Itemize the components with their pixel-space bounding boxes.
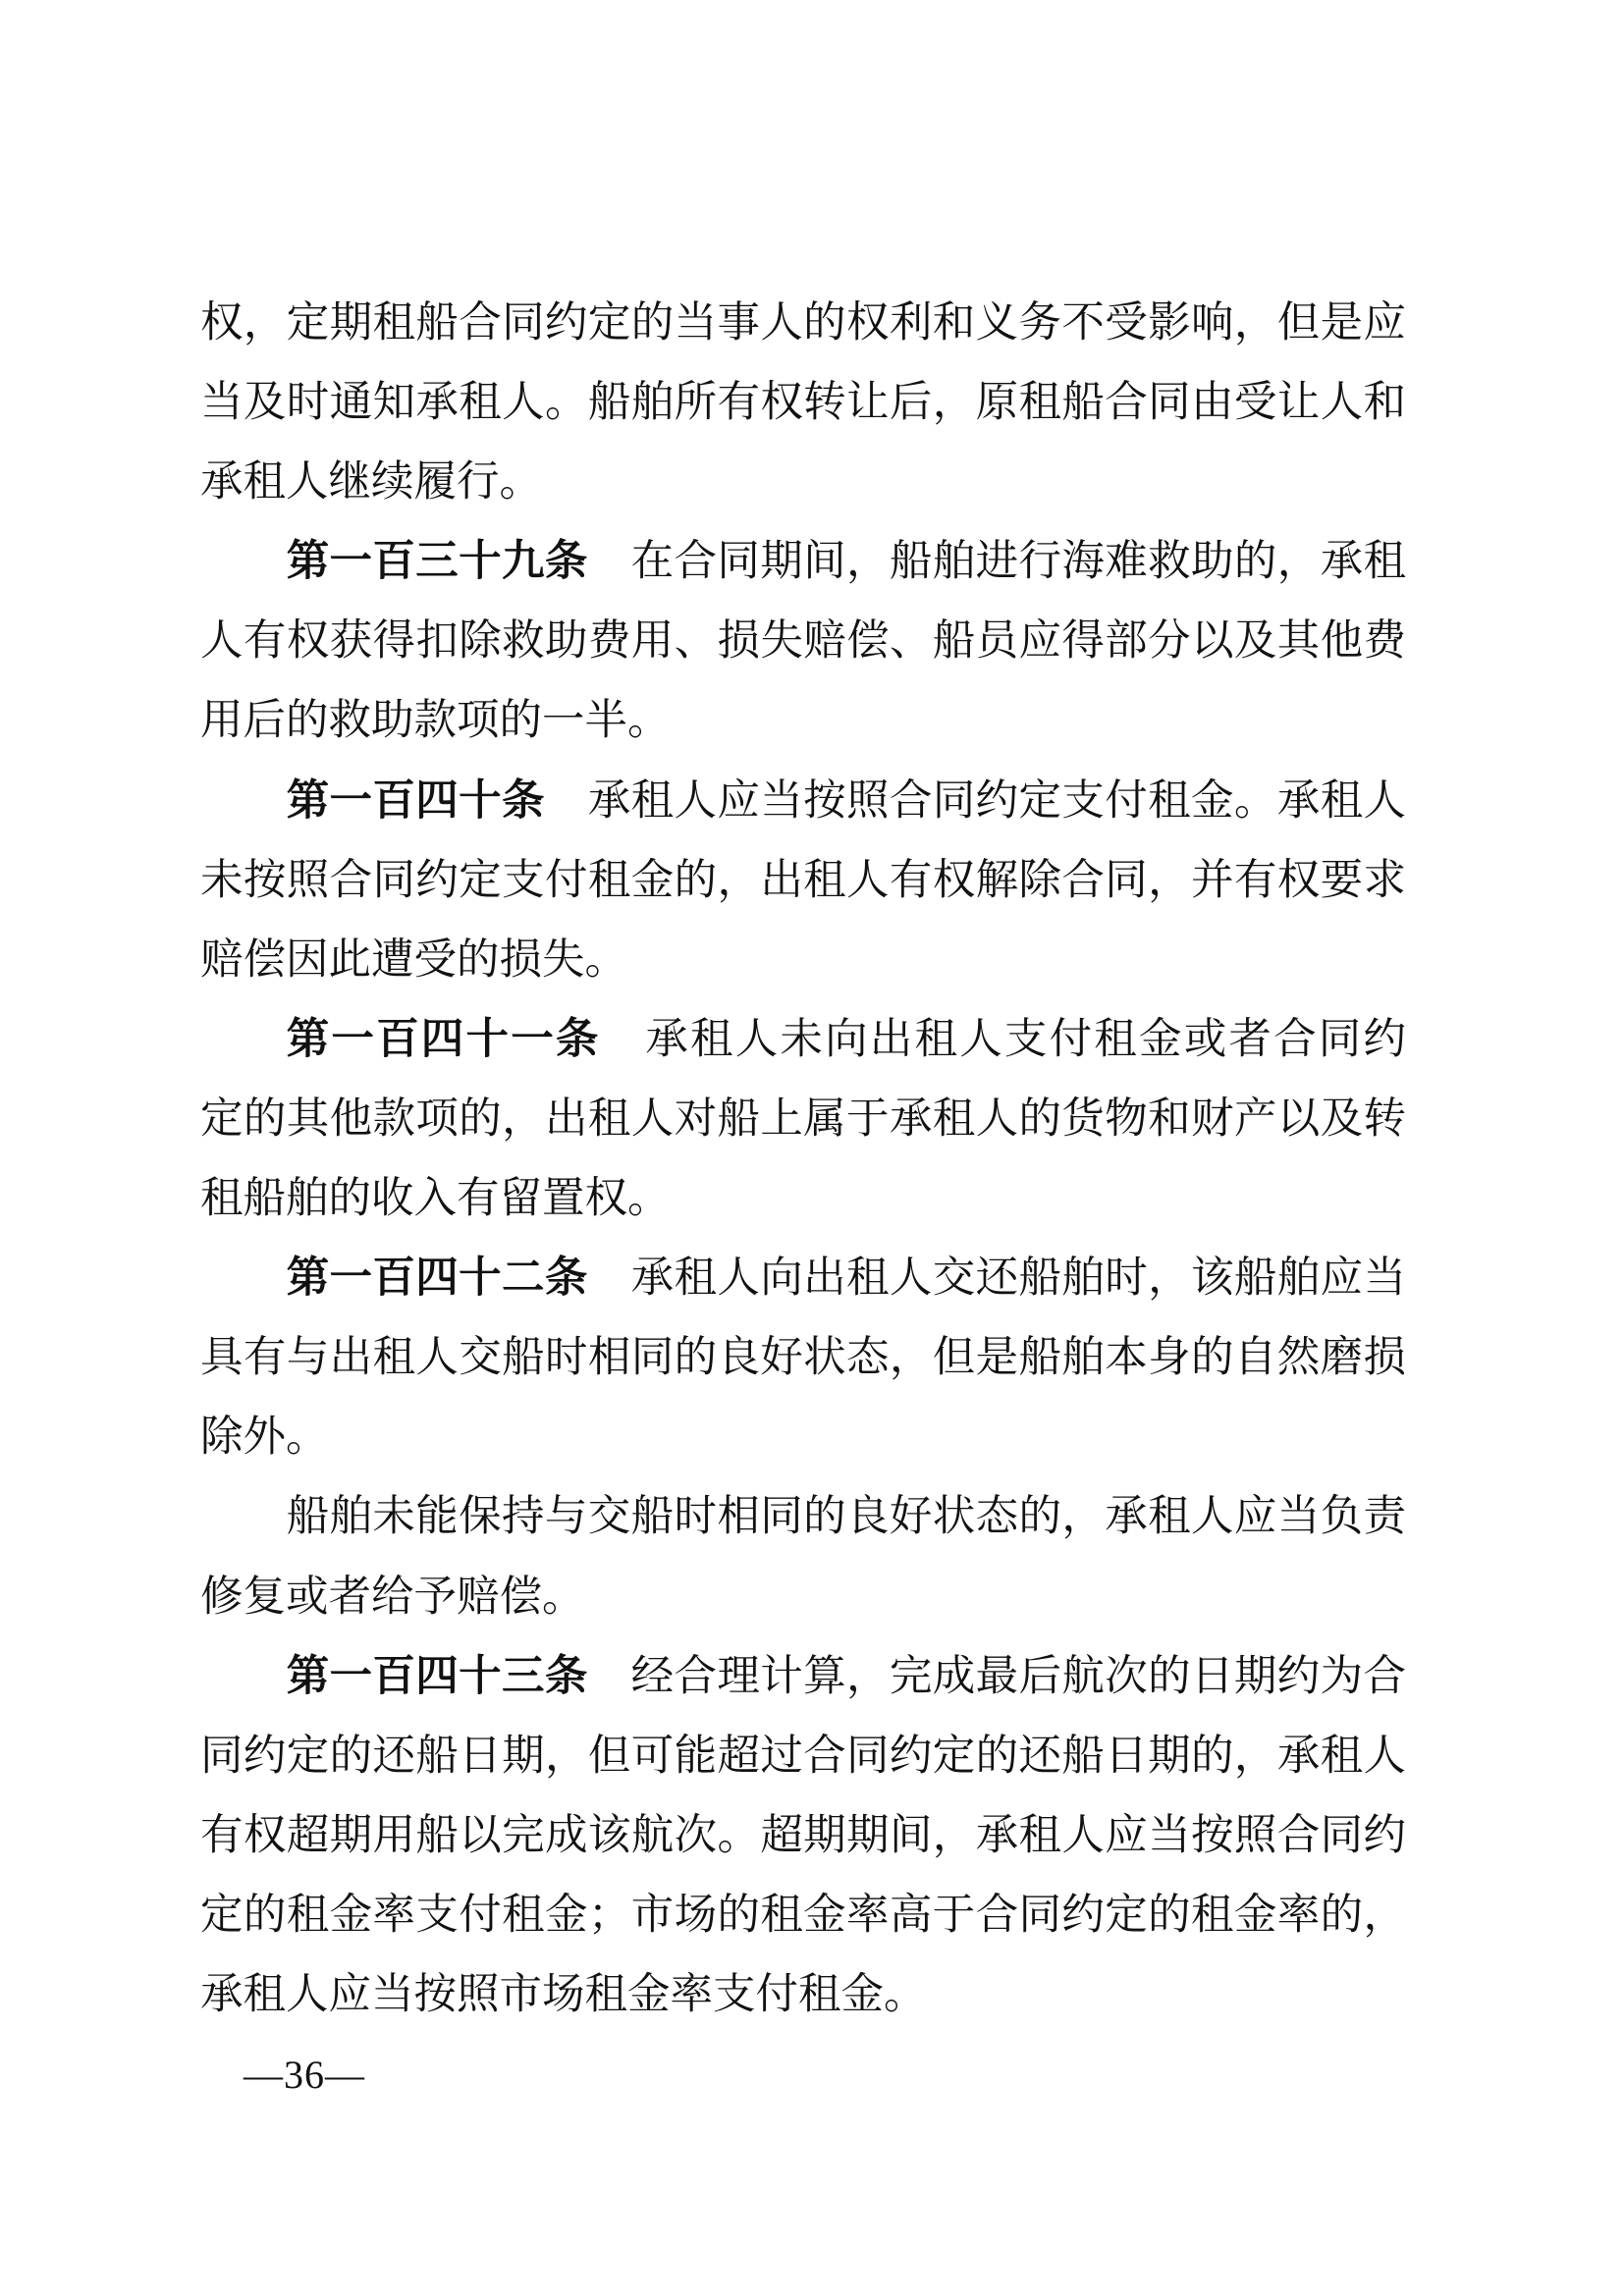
article-heading-line: 第一百四十二条 承租人向出租人交还船舶时，该船舶应当 (200, 1239, 1406, 1318)
text-segment: 赔偿因此遭受的损失。 (200, 936, 627, 984)
text-line: 船舶未能保持与交船时相同的良好状态的，承租人应当负责 (200, 1477, 1406, 1557)
text-segment: 船舶未能保持与交船时相同的良好状态的，承租人应当负责 (287, 1493, 1406, 1540)
text-line: 承租人继续履行。 (200, 443, 1406, 522)
text-segment: 经合理计算，完成最后航次的日期约为合 (588, 1653, 1406, 1700)
text-line: 用后的救助款项的一半。 (200, 681, 1406, 761)
text-segment: 承租人未向出租人支付租金或者合同约 (601, 1016, 1406, 1063)
text-segment: 人有权获得扣除救助费用、损失赔偿、船员应得部分以及其他费 (200, 617, 1406, 665)
text-segment: 租船舶的收入有留置权。 (200, 1175, 671, 1222)
article-number: 第一百四十二条 (287, 1255, 588, 1302)
text-line: 承租人应当按照市场租金率支付租金。 (200, 1955, 1406, 2035)
text-segment: 用后的救助款项的一半。 (200, 697, 671, 744)
text-segment: 未按照合同约定支付租金的，出租人有权解除合同，并有权要求 (200, 857, 1406, 904)
text-line: 定的其他款项的，出租人对船上属于承租人的货物和财产以及转 (200, 1080, 1406, 1159)
text-segment: 除外。 (200, 1414, 329, 1461)
text-line: 有权超期用船以完成该航次。超期期间，承租人应当按照合同约 (200, 1796, 1406, 1876)
text-line: 除外。 (200, 1398, 1406, 1477)
article-heading-line: 第一百四十条 承租人应当按照合同约定支付租金。承租人 (200, 762, 1406, 841)
text-segment: 权，定期租船合同约定的当事人的权利和义务不受影响，但是应 (200, 299, 1406, 347)
text-line: 权，定期租船合同约定的当事人的权利和义务不受影响，但是应 (200, 284, 1406, 363)
text-segment: 在合同期间，船舶进行海难救助的，承租 (588, 538, 1406, 585)
text-segment: 承租人应当按照市场租金率支付租金。 (200, 1971, 927, 2018)
article-heading-line: 第一百三十九条 在合同期间，船舶进行海难救助的，承租 (200, 522, 1406, 602)
text-line: 未按照合同约定支付租金的，出租人有权解除合同，并有权要求 (200, 841, 1406, 921)
text-segment: 有权超期用船以完成该航次。超期期间，承租人应当按照合同约 (200, 1812, 1406, 1859)
text-line: 修复或者给予赔偿。 (200, 1558, 1406, 1637)
document-page: 权，定期租船合同约定的当事人的权利和义务不受影响，但是应当及时通知承租人。船舶所… (0, 0, 1624, 2296)
text-segment: 当及时通知承租人。船舶所有权转让后，原租船合同由受让人和 (200, 379, 1406, 426)
article-number: 第一百四十条 (287, 777, 545, 825)
text-line: 租船舶的收入有留置权。 (200, 1159, 1406, 1239)
article-heading-line: 第一百四十三条 经合理计算，完成最后航次的日期约为合 (200, 1637, 1406, 1717)
text-segment: 修复或者给予赔偿。 (200, 1574, 585, 1621)
text-segment: 承租人继续履行。 (200, 458, 542, 506)
text-segment: 定的租金率支付租金；市场的租金率高于合同约定的租金率的， (200, 1892, 1406, 1939)
text-segment: 同约定的还船日期，但可能超过合同约定的还船日期的，承租人 (200, 1733, 1406, 1780)
text-line: 人有权获得扣除救助费用、损失赔偿、船员应得部分以及其他费 (200, 602, 1406, 681)
text-segment: 具有与出租人交船时相同的良好状态，但是船舶本身的自然磨损 (200, 1334, 1406, 1381)
text-line: 当及时通知承租人。船舶所有权转让后，原租船合同由受让人和 (200, 363, 1406, 443)
article-number: 第一百四十一条 (287, 1016, 601, 1063)
page-number: —36— (244, 2035, 365, 2114)
article-heading-line: 第一百四十一条 承租人未向出租人支付租金或者合同约 (200, 1000, 1406, 1080)
text-segment: 承租人向出租人交还船舶时，该船舶应当 (588, 1255, 1406, 1302)
article-number: 第一百四十三条 (287, 1653, 588, 1700)
text-line: 赔偿因此遭受的损失。 (200, 921, 1406, 1000)
text-line: 具有与出租人交船时相同的良好状态，但是船舶本身的自然磨损 (200, 1318, 1406, 1398)
article-number: 第一百三十九条 (287, 538, 588, 585)
text-segment: 定的其他款项的，出租人对船上属于承租人的货物和财产以及转 (200, 1095, 1406, 1143)
text-line: 同约定的还船日期，但可能超过合同约定的还船日期的，承租人 (200, 1717, 1406, 1796)
text-line: 定的租金率支付租金；市场的租金率高于合同约定的租金率的， (200, 1876, 1406, 1955)
text-block: 权，定期租船合同约定的当事人的权利和义务不受影响，但是应当及时通知承租人。船舶所… (200, 284, 1406, 2035)
text-segment: 承租人应当按照合同约定支付租金。承租人 (545, 777, 1406, 825)
